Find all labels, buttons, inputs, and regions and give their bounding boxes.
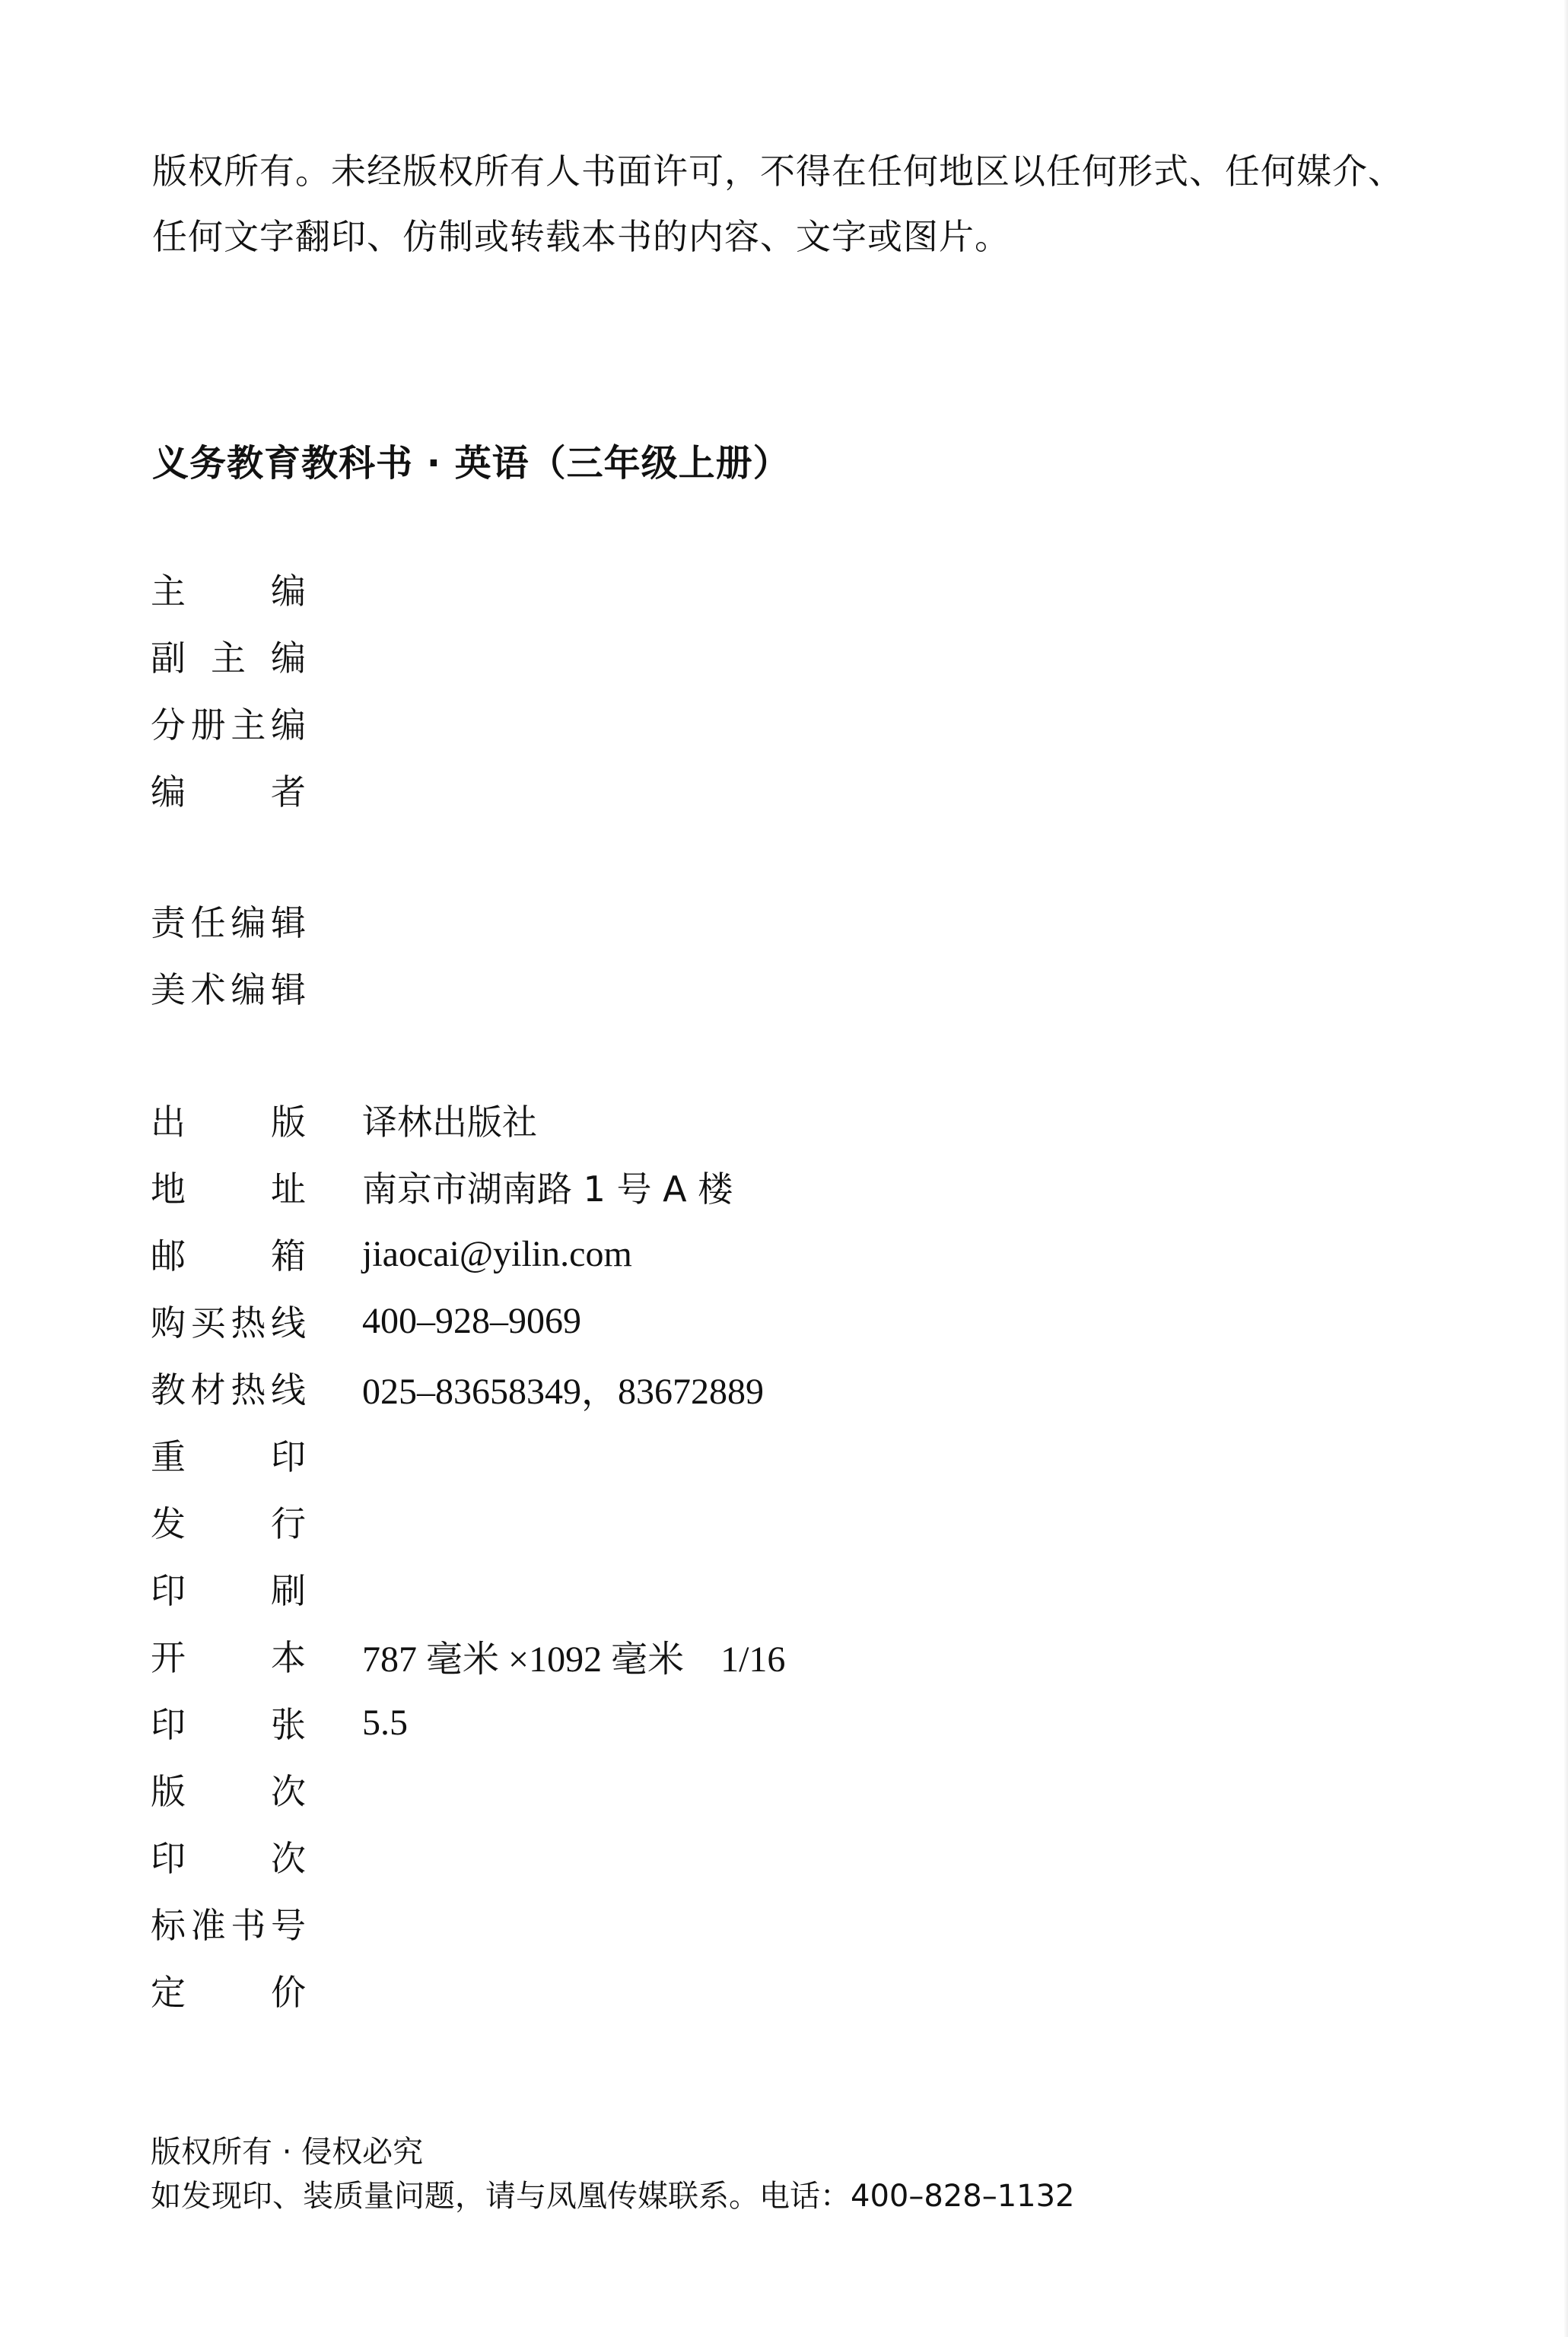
book-title: 义务教育教科书 · 英语（三年级上册）	[152, 434, 790, 486]
staff-block: 责 任 编 辑 美 术 编 辑	[151, 887, 1216, 1021]
label-char: 编	[231, 962, 266, 1013]
info-row-publisher: 出 版 译林出版社	[151, 1086, 1216, 1153]
label-char: 次	[271, 1831, 306, 1881]
info-label: 出 版	[151, 1095, 306, 1145]
info-label: 主 编	[151, 564, 306, 614]
label-char: 主	[211, 631, 246, 681]
info-row-isbn: 标 准 书 号	[151, 1890, 1216, 1957]
label-char: 购	[151, 1296, 186, 1346]
info-row-purchase-hotline: 购 买 热 线 400–928–9069	[151, 1287, 1216, 1354]
label-char: 次	[271, 1764, 306, 1814]
label-char: 标	[151, 1898, 186, 1948]
label-char: 编	[271, 698, 306, 748]
label-char: 热	[231, 1362, 266, 1413]
label-char: 辑	[271, 895, 306, 946]
info-label: 印 次	[151, 1831, 306, 1881]
label-char: 出	[151, 1095, 186, 1145]
label-char: 主	[231, 698, 266, 748]
label-char: 定	[151, 1965, 186, 2015]
label-char: 材	[191, 1362, 226, 1413]
label-char: 买	[191, 1296, 226, 1346]
label-char: 刷	[271, 1563, 306, 1614]
label-char: 准	[191, 1898, 226, 1948]
label-char: 印	[151, 1563, 186, 1614]
label-char: 张	[271, 1697, 306, 1747]
editors-block: 主 编 副 主 编 分 册 主 编 编 者	[151, 555, 1216, 823]
label-char: 编	[271, 631, 306, 681]
label-char: 热	[231, 1296, 266, 1346]
info-label: 地 址	[151, 1162, 306, 1212]
info-row-volume-chief-editor: 分 册 主 编	[151, 689, 1216, 756]
info-row-reprint: 重 印	[151, 1421, 1216, 1488]
info-label: 印 刷	[151, 1563, 306, 1614]
info-row-impression: 印 次	[151, 1823, 1216, 1890]
info-row-textbook-hotline: 教 材 热 线 025–83658349，83672889	[151, 1354, 1216, 1421]
info-row-price: 定 价	[151, 1957, 1216, 2024]
info-row-printed-sheets: 印 张 5.5	[151, 1689, 1216, 1756]
footer-rights-line: 版权所有 · 侵权必究	[151, 2130, 1075, 2174]
info-label: 分 册 主 编	[151, 698, 306, 748]
info-label: 副 主 编	[151, 631, 306, 681]
info-row-distribution: 发 行	[151, 1488, 1216, 1555]
info-label: 定 价	[151, 1965, 306, 2015]
copyright-notice-line: 版权所有。未经版权所有人书面许可，不得在任何地区以任何形式、任何媒介、	[152, 138, 1522, 204]
info-label: 发 行	[151, 1496, 306, 1547]
format-value: 787 毫米 ×1092 毫米 1/16	[362, 1630, 785, 1682]
info-row-edition: 版 次	[151, 1756, 1216, 1823]
label-char: 行	[271, 1496, 306, 1547]
label-char: 重	[151, 1429, 186, 1480]
label-char: 箱	[271, 1229, 306, 1279]
info-row-responsible-editor: 责 任 编 辑	[151, 887, 1216, 954]
footer-contact-line: 如发现印、装质量问题，请与凤凰传媒联系。电话：400–828–1132	[151, 2174, 1075, 2218]
label-char: 辑	[271, 962, 306, 1013]
label-char: 邮	[151, 1229, 186, 1279]
publisher-value: 译林出版社	[362, 1095, 537, 1145]
label-char: 印	[271, 1429, 306, 1480]
label-char: 址	[271, 1162, 306, 1212]
info-row-deputy-chief-editor: 副 主 编	[151, 622, 1216, 689]
info-row-printing: 印 刷	[151, 1555, 1216, 1622]
footer-notice: 版权所有 · 侵权必究 如发现印、装质量问题，请与凤凰传媒联系。电话：400–8…	[151, 2130, 1075, 2218]
page-edge	[1563, 0, 1568, 2337]
label-char: 发	[151, 1496, 186, 1547]
info-row-format: 开 本 787 毫米 ×1092 毫米 1/16	[151, 1622, 1216, 1689]
info-row-authors: 编 者	[151, 756, 1216, 823]
info-label: 版 次	[151, 1764, 306, 1814]
label-char: 编	[231, 895, 266, 946]
info-row-email: 邮 箱 jiaocai@yilin.com	[151, 1220, 1216, 1287]
label-char: 版	[151, 1764, 186, 1814]
label-char: 印	[151, 1697, 186, 1747]
label-char: 教	[151, 1362, 186, 1413]
info-row-chief-editor: 主 编	[151, 555, 1216, 622]
label-char: 开	[151, 1630, 186, 1680]
info-label: 教 材 热 线	[151, 1362, 306, 1413]
info-label: 开 本	[151, 1630, 306, 1680]
copyright-notice: 版权所有。未经版权所有人书面许可，不得在任何地区以任何形式、任何媒介、 任何文字…	[152, 138, 1522, 269]
info-label: 美 术 编 辑	[151, 962, 306, 1013]
printed-sheets-value: 5.5	[362, 1702, 408, 1744]
label-char: 价	[271, 1965, 306, 2015]
publishing-block: 出 版 译林出版社 地 址 南京市湖南路 1 号 A 楼 邮 箱 jiaocai…	[151, 1086, 1216, 2024]
label-char: 编	[271, 564, 306, 614]
label-char: 编	[151, 765, 186, 815]
textbook-hotline-value: 025–83658349，83672889	[362, 1362, 764, 1414]
info-label: 标 准 书 号	[151, 1898, 306, 1948]
label-char: 本	[271, 1630, 306, 1680]
label-char: 印	[151, 1831, 186, 1881]
email-value: jiaocai@yilin.com	[362, 1233, 632, 1275]
label-char: 副	[151, 631, 186, 681]
label-char: 线	[271, 1362, 306, 1413]
label-char: 者	[271, 765, 306, 815]
info-row-art-editor: 美 术 编 辑	[151, 954, 1216, 1021]
info-label: 邮 箱	[151, 1229, 306, 1279]
label-char: 术	[191, 962, 226, 1013]
purchase-hotline-value: 400–928–9069	[362, 1300, 581, 1342]
label-char: 线	[271, 1296, 306, 1346]
label-char: 版	[271, 1095, 306, 1145]
label-char: 责	[151, 895, 186, 946]
info-label: 重 印	[151, 1429, 306, 1480]
label-char: 任	[191, 895, 226, 946]
label-char: 分	[151, 698, 186, 748]
copyright-notice-line: 任何文字翻印、仿制或转载本书的内容、文字或图片。	[152, 204, 1522, 269]
label-char: 地	[151, 1162, 186, 1212]
address-value: 南京市湖南路 1 号 A 楼	[362, 1162, 733, 1212]
info-label: 印 张	[151, 1697, 306, 1747]
label-char: 美	[151, 962, 186, 1013]
label-char: 册	[191, 698, 226, 748]
info-label: 责 任 编 辑	[151, 895, 306, 946]
info-row-address: 地 址 南京市湖南路 1 号 A 楼	[151, 1153, 1216, 1220]
label-char: 主	[151, 564, 186, 614]
info-label: 编 者	[151, 765, 306, 815]
info-label: 购 买 热 线	[151, 1296, 306, 1346]
label-char: 号	[271, 1898, 306, 1948]
label-char: 书	[231, 1898, 266, 1948]
